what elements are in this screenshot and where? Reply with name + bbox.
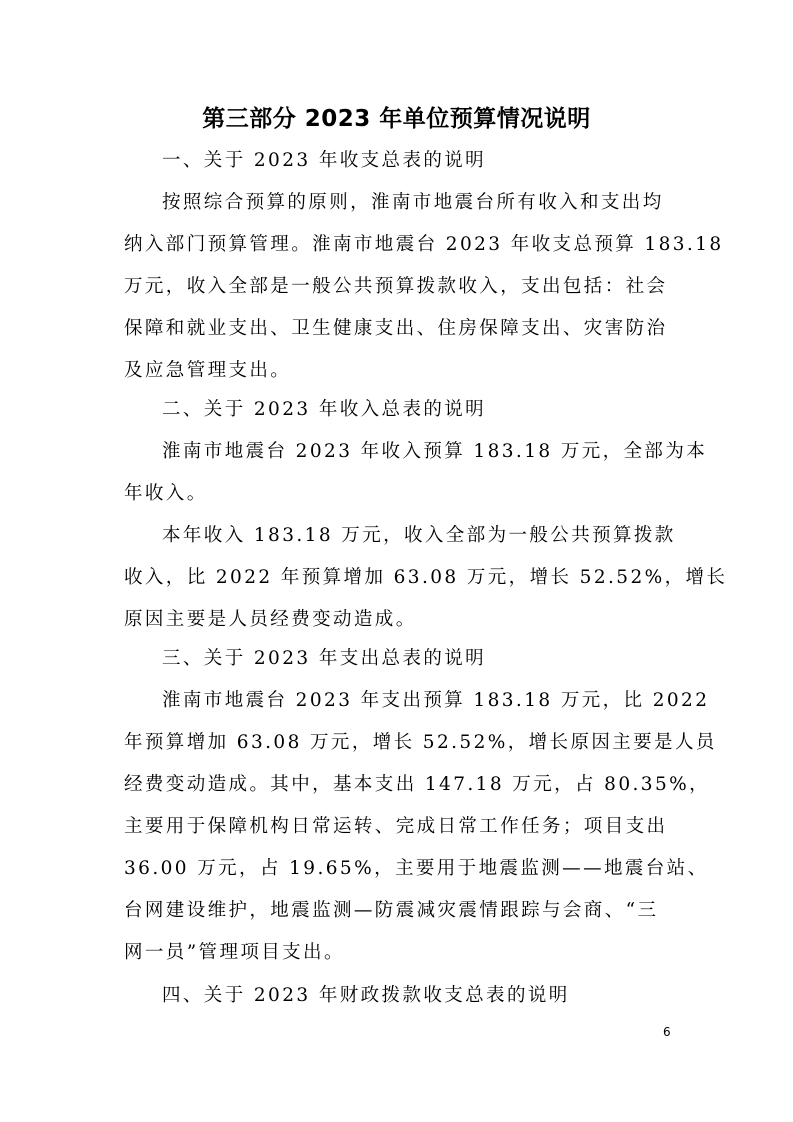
section-heading-3: 三、关于 2023 年支出总表的说明 [162,646,672,672]
paragraph-line: 收入，比 2022 年预算增加 63.08 万元，增长 52.52%，增长 [124,565,672,591]
section-heading-1: 一、关于 2023 年收支总表的说明 [162,148,672,174]
paragraph-line: 本年收入 183.18 万元，收入全部为一般公共预算拨款 [162,523,672,549]
page-number: 6 [663,1025,671,1039]
paragraph-line: 保障和就业支出、卫生健康支出、住房保障支出、灾害防治 [124,316,672,342]
paragraph-line: 按照综合预算的原则，淮南市地震台所有收入和支出均 [162,190,672,216]
paragraph-line: 36.00 万元，占 19.65%，主要用于地震监测——地震台站、 [124,856,672,882]
paragraph-line: 及应急管理支出。 [124,358,672,384]
paragraph-line: 淮南市地震台 2023 年支出预算 183.18 万元，比 2022 [162,688,672,714]
paragraph-line: 台网建设维护，地震监测—防震减灾震情跟踪与会商、“三 [124,898,672,924]
section-heading-4: 四、关于 2023 年财政拨款收支总表的说明 [162,983,672,1009]
paragraph-line: 年收入。 [124,481,672,507]
paragraph-line: 万元，收入全部是一般公共预算拨款收入，支出包括：社会 [124,274,672,300]
page-title: 第三部分 2023 年单位预算情况说明 [0,100,793,133]
paragraph-line: 淮南市地震台 2023 年收入预算 183.18 万元，全部为本 [162,439,672,465]
paragraph-line: 年预算增加 63.08 万元，增长 52.52%，增长原因主要是人员 [124,730,672,756]
paragraph-line: 原因主要是人员经费变动造成。 [124,607,672,633]
paragraph-line: 主要用于保障机构日常运转、完成日常工作任务；项目支出 [124,814,672,840]
section-heading-2: 二、关于 2023 年收入总表的说明 [162,397,672,423]
paragraph-line: 网一员”管理项目支出。 [124,940,672,966]
paragraph-line: 纳入部门预算管理。淮南市地震台 2023 年收支总预算 183.18 [124,232,672,258]
paragraph-line: 经费变动造成。其中，基本支出 147.18 万元，占 80.35%， [124,772,672,798]
